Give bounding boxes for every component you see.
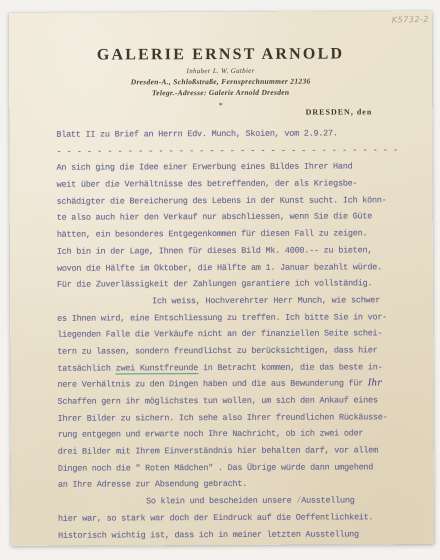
letter-body: Blatt II zu Brief an Herrn Edv. Munch, S… <box>56 125 402 544</box>
line-segment: in Betracht kommen, die das beste in- <box>198 362 382 373</box>
line-segment: nere Verhältnis zu den Dingen haben und … <box>57 379 367 390</box>
letter-line: wovon die Hälfte im Oktober, die Hälfte … <box>57 259 401 277</box>
letter-paper: K5732-2 GALERIE ERNST ARNOLD Inhaber L. … <box>9 11 434 546</box>
letter-line: Historisch wichtig ist, dass ich in mein… <box>58 526 402 544</box>
letter-line: rung entgegen und erwarte noch Ihre Nach… <box>58 426 402 444</box>
archive-annotation: K5732-2 <box>392 15 429 25</box>
address-line: Dresden-A., Schloßstraße, Fernsprechnumm… <box>9 76 432 87</box>
letter-line: tatsächlich zwei Kunstfreunde in Betrach… <box>57 359 401 377</box>
page-background: { "annotation": "K5732-2", "letterhead":… <box>0 0 440 560</box>
letter-line: liegenden Falle die Verkäufe nicht an de… <box>57 325 401 343</box>
dateline: DRESDEN, den <box>306 107 373 116</box>
letter-line: Ich weiss, Hochverehrter Herr Munch, wie… <box>57 292 401 310</box>
divider-line: - - - - - - - - - - - - - - - - - - - - … <box>56 142 400 160</box>
owner-line: Inhaber L. W. Gutbier <box>9 66 432 76</box>
letter-line: schädigter die Bereicherung des Lebens i… <box>57 192 401 210</box>
letter-line: Schaffen gern ihr möglichstes tun wollen… <box>58 392 402 410</box>
letter-line: hier war, so stark war doch der Eindruck… <box>58 509 402 527</box>
letter-line: drei Bilder mit Ihrem Einverständnis hie… <box>58 442 402 460</box>
underlined-phrase: zwei Kunstfreunde <box>116 363 199 375</box>
gallery-name: GALERIE ERNST ARNOLD <box>9 45 432 65</box>
letter-line: hätten, ein besonderes Entgegenkommen fü… <box>57 225 401 243</box>
letter-line: Ich bin in der Lage, Ihnen für dieses Bi… <box>57 242 401 260</box>
letter-line: es Ihnen wird, eine Entschliessung zu tr… <box>57 309 401 327</box>
letter-line: Ihrer Bilder zu sichern. Ich sehe also I… <box>58 409 402 427</box>
letter-line: nere Verhältnis zu den Dingen haben und … <box>57 376 401 394</box>
letter-line: An sich ging die Idee einer Erwerbung ei… <box>56 159 400 177</box>
subject-line: Blatt II zu Brief an Herrn Edv. Munch, S… <box>56 125 400 143</box>
handwritten-word: Ihr <box>368 379 382 389</box>
letter-line: tern zu lassen, sondern freundlichst zu … <box>57 342 401 360</box>
line-segment: Ausstellung <box>301 496 354 506</box>
line-segment: tatsächlich <box>57 363 115 373</box>
letter-line: te also auch hier den Verkauf nur abschl… <box>57 209 401 227</box>
letter-line: Für die Zuverlässigkeit der Zahlungen ga… <box>57 275 401 293</box>
letter-line: So klein und bescheiden unsere /Ausstell… <box>58 492 402 510</box>
letterhead: GALERIE ERNST ARNOLD Inhaber L. W. Gutbi… <box>9 45 432 111</box>
letter-line: weit über die Verhältnisse des betreffen… <box>57 175 401 193</box>
telegram-line: Telegr.-Adresse: Galerie Arnold Dresden <box>9 87 432 98</box>
line-segment: So klein und bescheiden unsere <box>146 496 296 507</box>
letter-line: Dingen noch die " Roten Mädchen" . Das Ü… <box>58 459 402 477</box>
letter-line: an Ihre Adresse zur Absendung gebracht. <box>58 476 402 494</box>
